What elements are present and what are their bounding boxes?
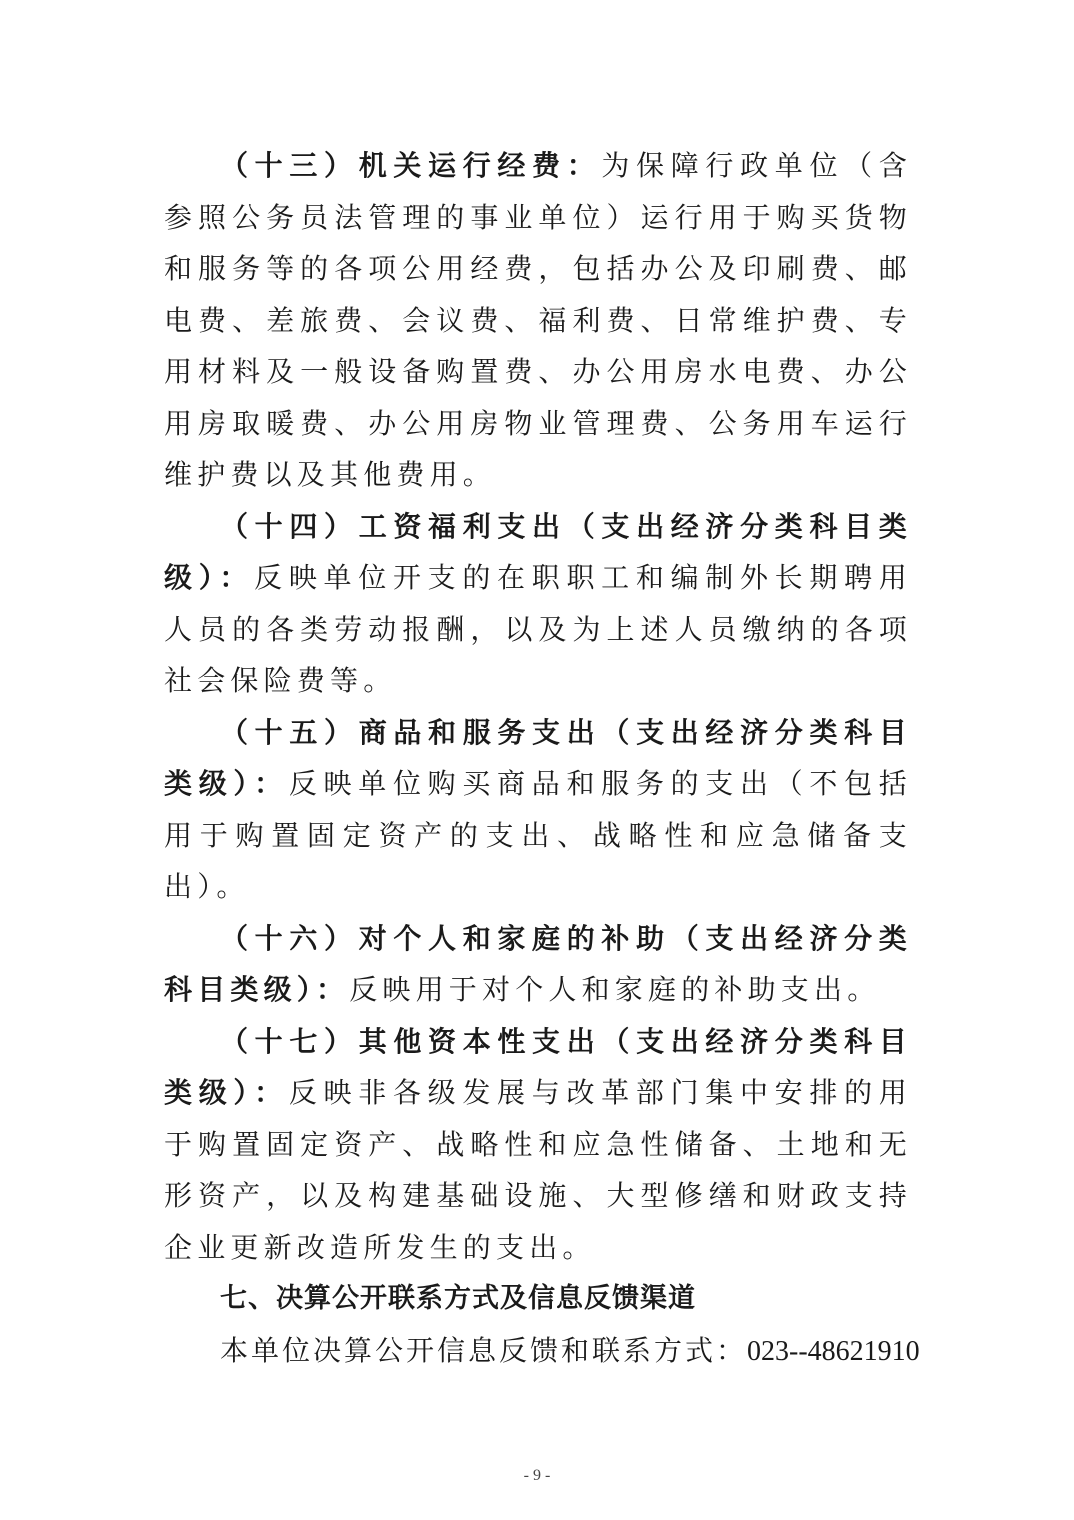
paragraph-body: 反映单位开支的在职职工和编制外长期聘用人员的各类劳动报酬，以及为上述人员缴纳的各…	[164, 561, 912, 697]
document-page: （十三）机关运行经费：为保障行政单位（含参照公务员法管理的事业单位）运行用于购买…	[0, 0, 1074, 1520]
page-content: （十三）机关运行经费：为保障行政单位（含参照公务员法管理的事业单位）运行用于购买…	[164, 140, 912, 1378]
page-number: - 9 -	[0, 1467, 1074, 1485]
paragraph-15: （十五）商品和服务支出（支出经济分类科目类级）：反映单位购买商品和服务的支出（不…	[164, 707, 912, 913]
paragraph-lead: （十三）机关运行经费：	[220, 149, 601, 182]
contact-line: 本单位决算公开信息反馈和联系方式：023--48621910	[164, 1325, 912, 1378]
contact-label: 本单位决算公开信息反馈和联系方式：	[220, 1334, 747, 1367]
paragraph-17: （十七）其他资本性支出（支出经济分类科目类级）：反映非各级发展与改革部门集中安排…	[164, 1016, 912, 1274]
paragraph-body: 反映用于对个人和家庭的补助支出。	[349, 973, 880, 1006]
paragraph-16: （十六）对个人和家庭的补助（支出经济分类科目类级）：反映用于对个人和家庭的补助支…	[164, 913, 912, 1016]
paragraph-13: （十三）机关运行经费：为保障行政单位（含参照公务员法管理的事业单位）运行用于购买…	[164, 140, 912, 501]
contact-number: 023--48621910	[747, 1336, 920, 1367]
paragraph-14: （十四）工资福利支出（支出经济分类科目类级）：反映单位开支的在职职工和编制外长期…	[164, 501, 912, 707]
paragraph-body: 为保障行政单位（含参照公务员法管理的事业单位）运行用于购买货物和服务等的各项公用…	[164, 149, 912, 491]
section-heading: 七、决算公开联系方式及信息反馈渠道	[164, 1273, 912, 1325]
